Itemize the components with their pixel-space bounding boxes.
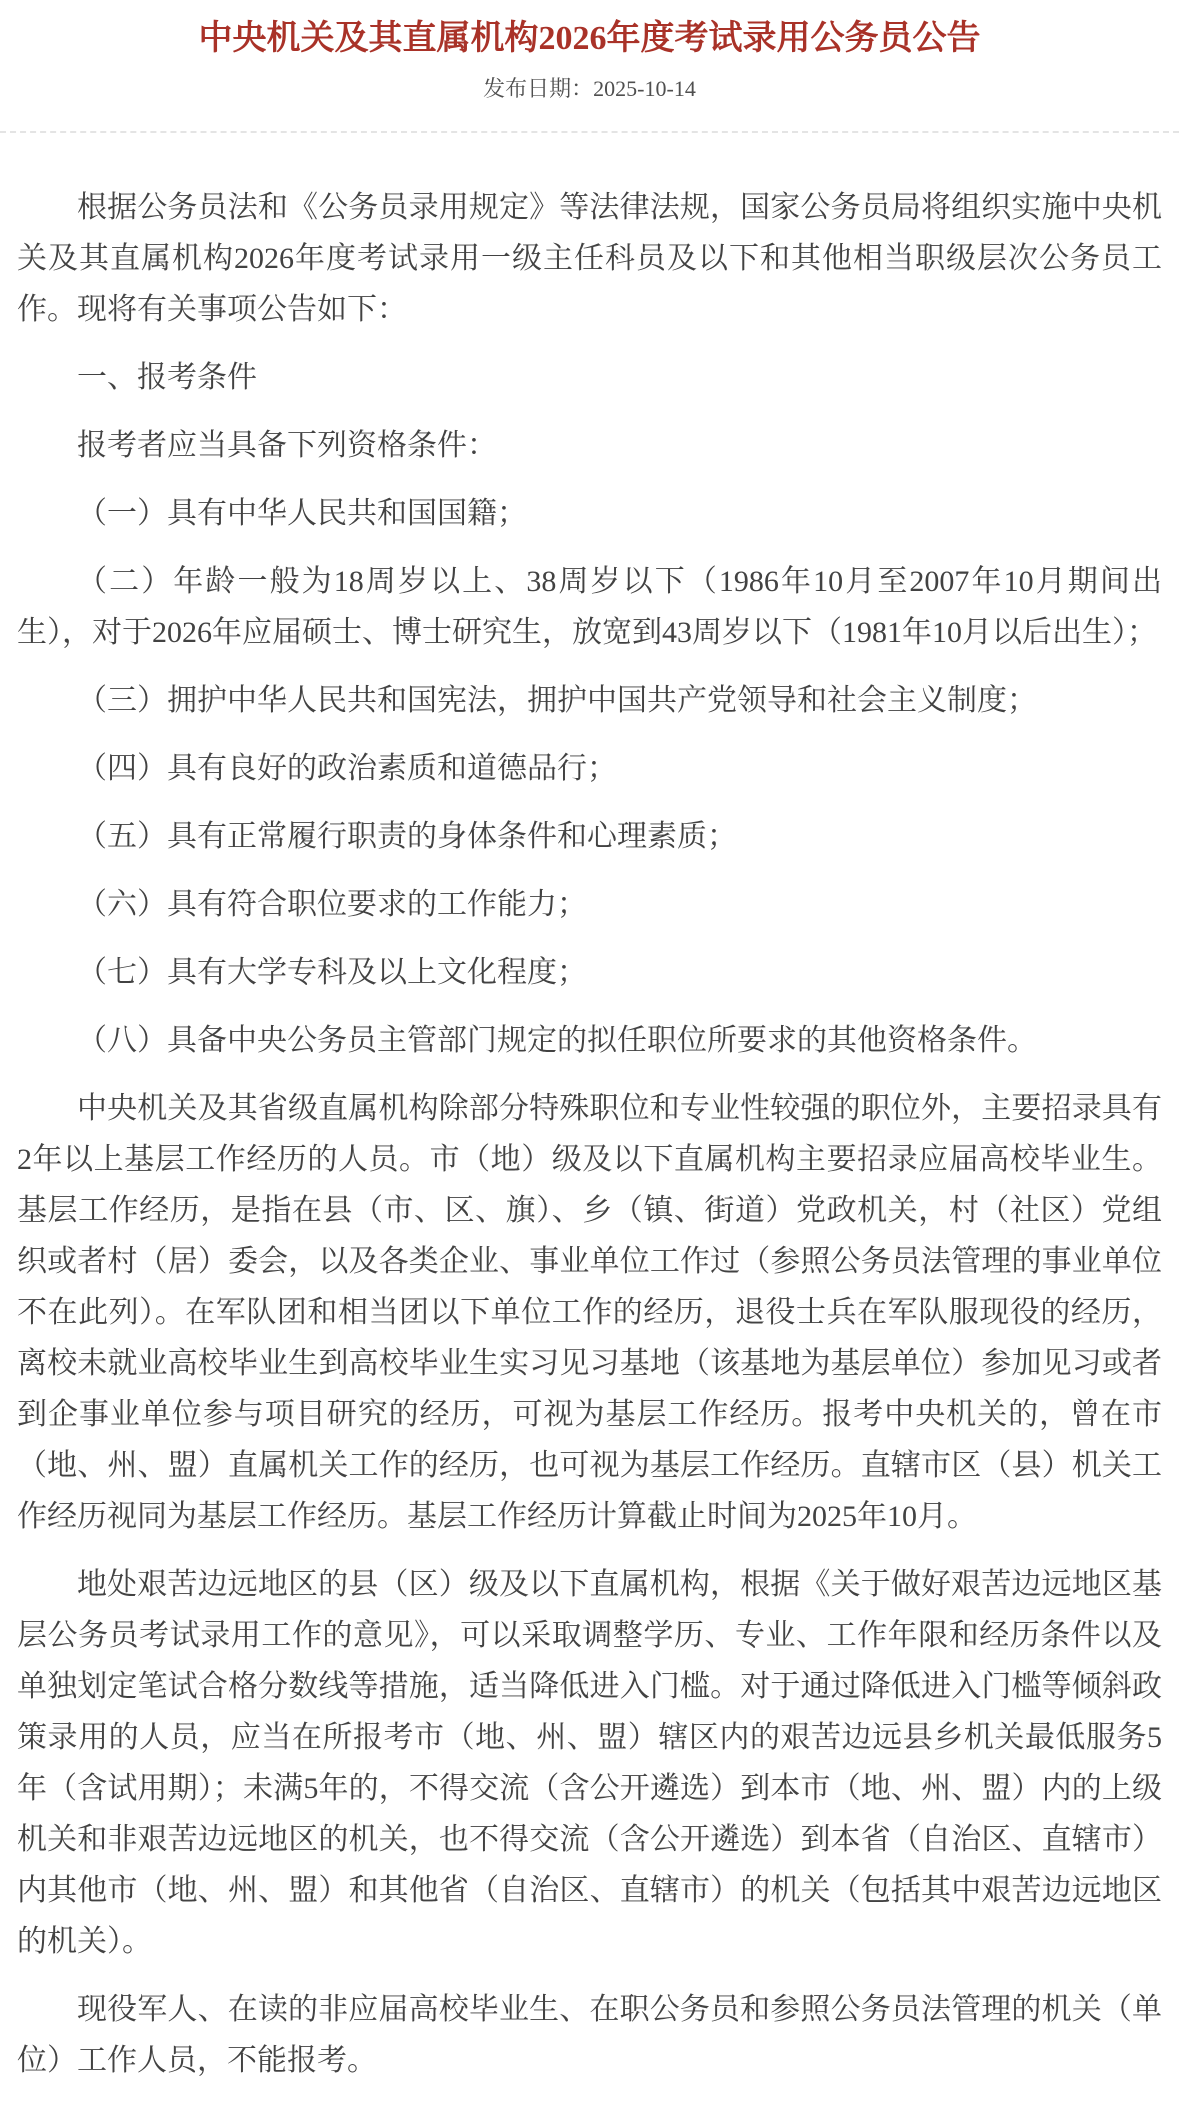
document-body: 根据公务员法和《公务员录用规定》等法律法规，国家公务员局将组织实施中央机关及其直…	[0, 133, 1179, 2113]
publish-date-value: 2025-10-14	[593, 76, 696, 101]
list-item: （六）具有符合职位要求的工作能力；	[17, 879, 1162, 930]
intro-paragraph: 根据公务员法和《公务员录用规定》等法律法规，国家公务员局将组织实施中央机关及其直…	[17, 182, 1162, 335]
list-item: （二）年龄一般为18周岁以上、38周岁以下（1986年10月至2007年10月期…	[17, 556, 1162, 658]
announcement-page: 中央机关及其直属机构2026年度考试录用公务员公告 发布日期：2025-10-1…	[0, 0, 1179, 2113]
list-item: （四）具有良好的政治素质和道德品行；	[17, 743, 1162, 794]
paragraph: 中央机关及其省级直属机构除部分特殊职位和专业性较强的职位外，主要招录具有2年以上…	[17, 1083, 1162, 1542]
list-item: （七）具有大学专科及以上文化程度；	[17, 947, 1162, 998]
list-item: （八）具备中央公务员主管部门规定的拟任职位所要求的其他资格条件。	[17, 1015, 1162, 1066]
paragraph: 报考者应当具备下列资格条件：	[17, 420, 1162, 471]
paragraph: 地处艰苦边远地区的县（区）级及以下直属机构，根据《关于做好艰苦边远地区基层公务员…	[17, 1559, 1162, 1967]
publish-date-line: 发布日期：2025-10-14	[0, 74, 1179, 104]
list-item: （一）具有中华人民共和国国籍；	[17, 488, 1162, 539]
publish-date-label: 发布日期：	[483, 76, 593, 101]
list-item: （五）具有正常履行职责的身体条件和心理素质；	[17, 811, 1162, 862]
section-heading: 一、报考条件	[17, 352, 1162, 403]
paragraph: 现役军人、在读的非应届高校毕业生、在职公务员和参照公务员法管理的机关（单位）工作…	[17, 1984, 1162, 2086]
document-title: 中央机关及其直属机构2026年度考试录用公务员公告	[40, 16, 1139, 62]
document-header: 中央机关及其直属机构2026年度考试录用公务员公告 发布日期：2025-10-1…	[0, 0, 1179, 133]
list-item: （三）拥护中华人民共和国宪法，拥护中国共产党领导和社会主义制度；	[17, 675, 1162, 726]
